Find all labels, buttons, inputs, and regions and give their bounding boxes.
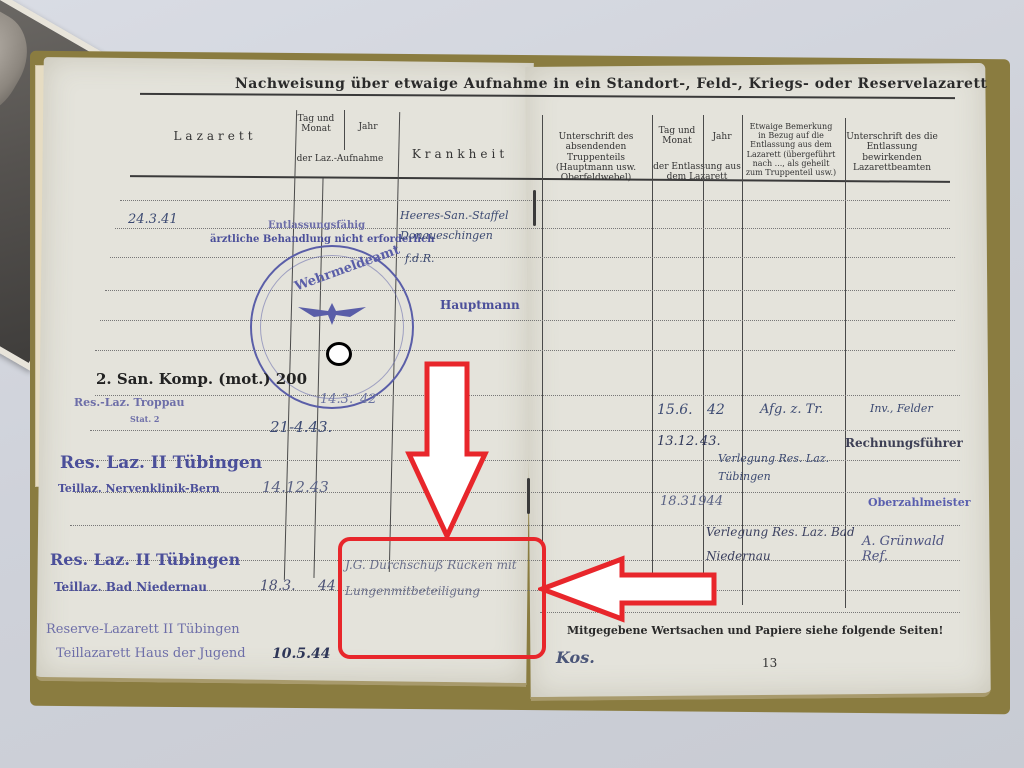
entry5-signature: Kos. (556, 648, 595, 667)
entry4-bemerkung: Verlegung Res. Laz. Bad Niedernau (706, 520, 856, 568)
entry4-admit-day: 18.3. (260, 578, 296, 594)
arrow-down-icon (405, 360, 489, 540)
entry4-oberzahlmeister-stamp: Oberzahlmeister (868, 496, 971, 509)
entry4-signature: A. Grünwald Ref. (862, 534, 972, 564)
entry4-release-day: 18.3. (660, 494, 693, 509)
column-line (344, 110, 345, 150)
entry2-release-day: 15.6. (657, 402, 693, 418)
header-tag-monat-admit: Tag und Monat (290, 114, 342, 135)
row-line (95, 350, 955, 351)
page-number: 13 (762, 656, 777, 670)
row-line (105, 290, 955, 291)
entry1-krankheit: Heeres-San.-Staffel Donaueschingen (400, 206, 535, 246)
entry5-lazarett: Reserve-Lazarett II Tübingen (46, 622, 240, 637)
entry3-lazarett-sub: Teillaz. Nervenklinik-Bern (58, 482, 220, 495)
document-title: Nachweisung über etwaige Aufnahme in ein… (235, 76, 987, 92)
header-jahr-release: Jahr (704, 132, 740, 142)
footer-note: Mitgegebene Wertsachen und Papiere siehe… (567, 624, 943, 637)
entry2-alt-date: 21-4.43. (270, 418, 332, 436)
entry1-stamp-line1: Entlassungsfähig (268, 220, 365, 231)
header-laz-aufnahme: der Laz.-Aufnahme (290, 154, 390, 164)
entry3-release-day: 13.12. (657, 434, 698, 449)
header-krankheit: Krankheit (400, 148, 520, 162)
entry3-release-year: 43. (700, 434, 721, 449)
header-entlassung: der Entlassung aus dem Lazarett (652, 162, 742, 183)
header-tag-monat-release: Tag und Monat (652, 126, 702, 147)
row-line (95, 395, 960, 396)
entry3-rechnungsfuehrer-stamp: Rechnungsführer (845, 436, 963, 450)
entry2-signature: Inv., Felder (870, 402, 933, 415)
entry2-lazarett: Res.-Laz. Troppau (74, 396, 185, 409)
entry2-release-year: 42 (707, 402, 725, 418)
entry3-admit-date: 14.12.43 (262, 478, 329, 496)
entry3-lazarett: Res. Laz. II Tübingen (60, 453, 262, 473)
entry4-lazarett: Res. Laz. II Tübingen (50, 550, 240, 569)
entry2-unit: 2. San. Komp. (mot.) 200 (96, 370, 307, 388)
header-bemerkung: Etwaige Bemerkung in Bezug auf die Entla… (745, 122, 837, 177)
entry3-bemerkung: Verlegung Res. Laz. Tübingen (718, 450, 858, 486)
entry2-bemerkung: Afg. z. Tr. (760, 402, 823, 417)
column-line (542, 115, 543, 605)
entry1-date: 24.3.41 (128, 212, 178, 227)
entry2-admit-year: 42 (360, 392, 377, 407)
circle-marker-icon (326, 342, 352, 366)
header-lazarett: Lazarett (160, 130, 270, 144)
entry5-admit-date: 10.5.44 (272, 646, 330, 662)
entry2-lazarett-sub: Stat. 2 (130, 414, 160, 424)
entry4-admit-year: 44 (318, 578, 336, 594)
entry1-signature-note: f.d.R. (405, 252, 435, 265)
entry4-lazarett-sub: Teillaz. Bad Niedernau (54, 580, 207, 594)
row-line (100, 320, 955, 321)
arrow-left-icon (538, 555, 718, 623)
eagle-emblem-icon (294, 297, 370, 327)
row-line (90, 430, 960, 431)
column-line (652, 115, 653, 605)
entry4-release-year: 1944 (690, 494, 723, 509)
header-unterschrift-beamten: Unterschrift des die Entlassung bewirken… (846, 132, 938, 173)
highlight-box (338, 537, 546, 659)
entry2-admit-day: 14.3. (320, 392, 353, 407)
column-line (703, 115, 704, 605)
header-jahr-admit: Jahr (348, 122, 388, 132)
row-line (110, 257, 955, 258)
header-unterschrift-truppenteil: Unterschrift des absendenden Truppenteil… (548, 132, 644, 184)
entry5-lazarett-sub: Teillazarett Haus der Jugend (56, 646, 246, 661)
staple (527, 478, 530, 514)
entry1-hauptmann-stamp: Hauptmann (440, 298, 520, 312)
